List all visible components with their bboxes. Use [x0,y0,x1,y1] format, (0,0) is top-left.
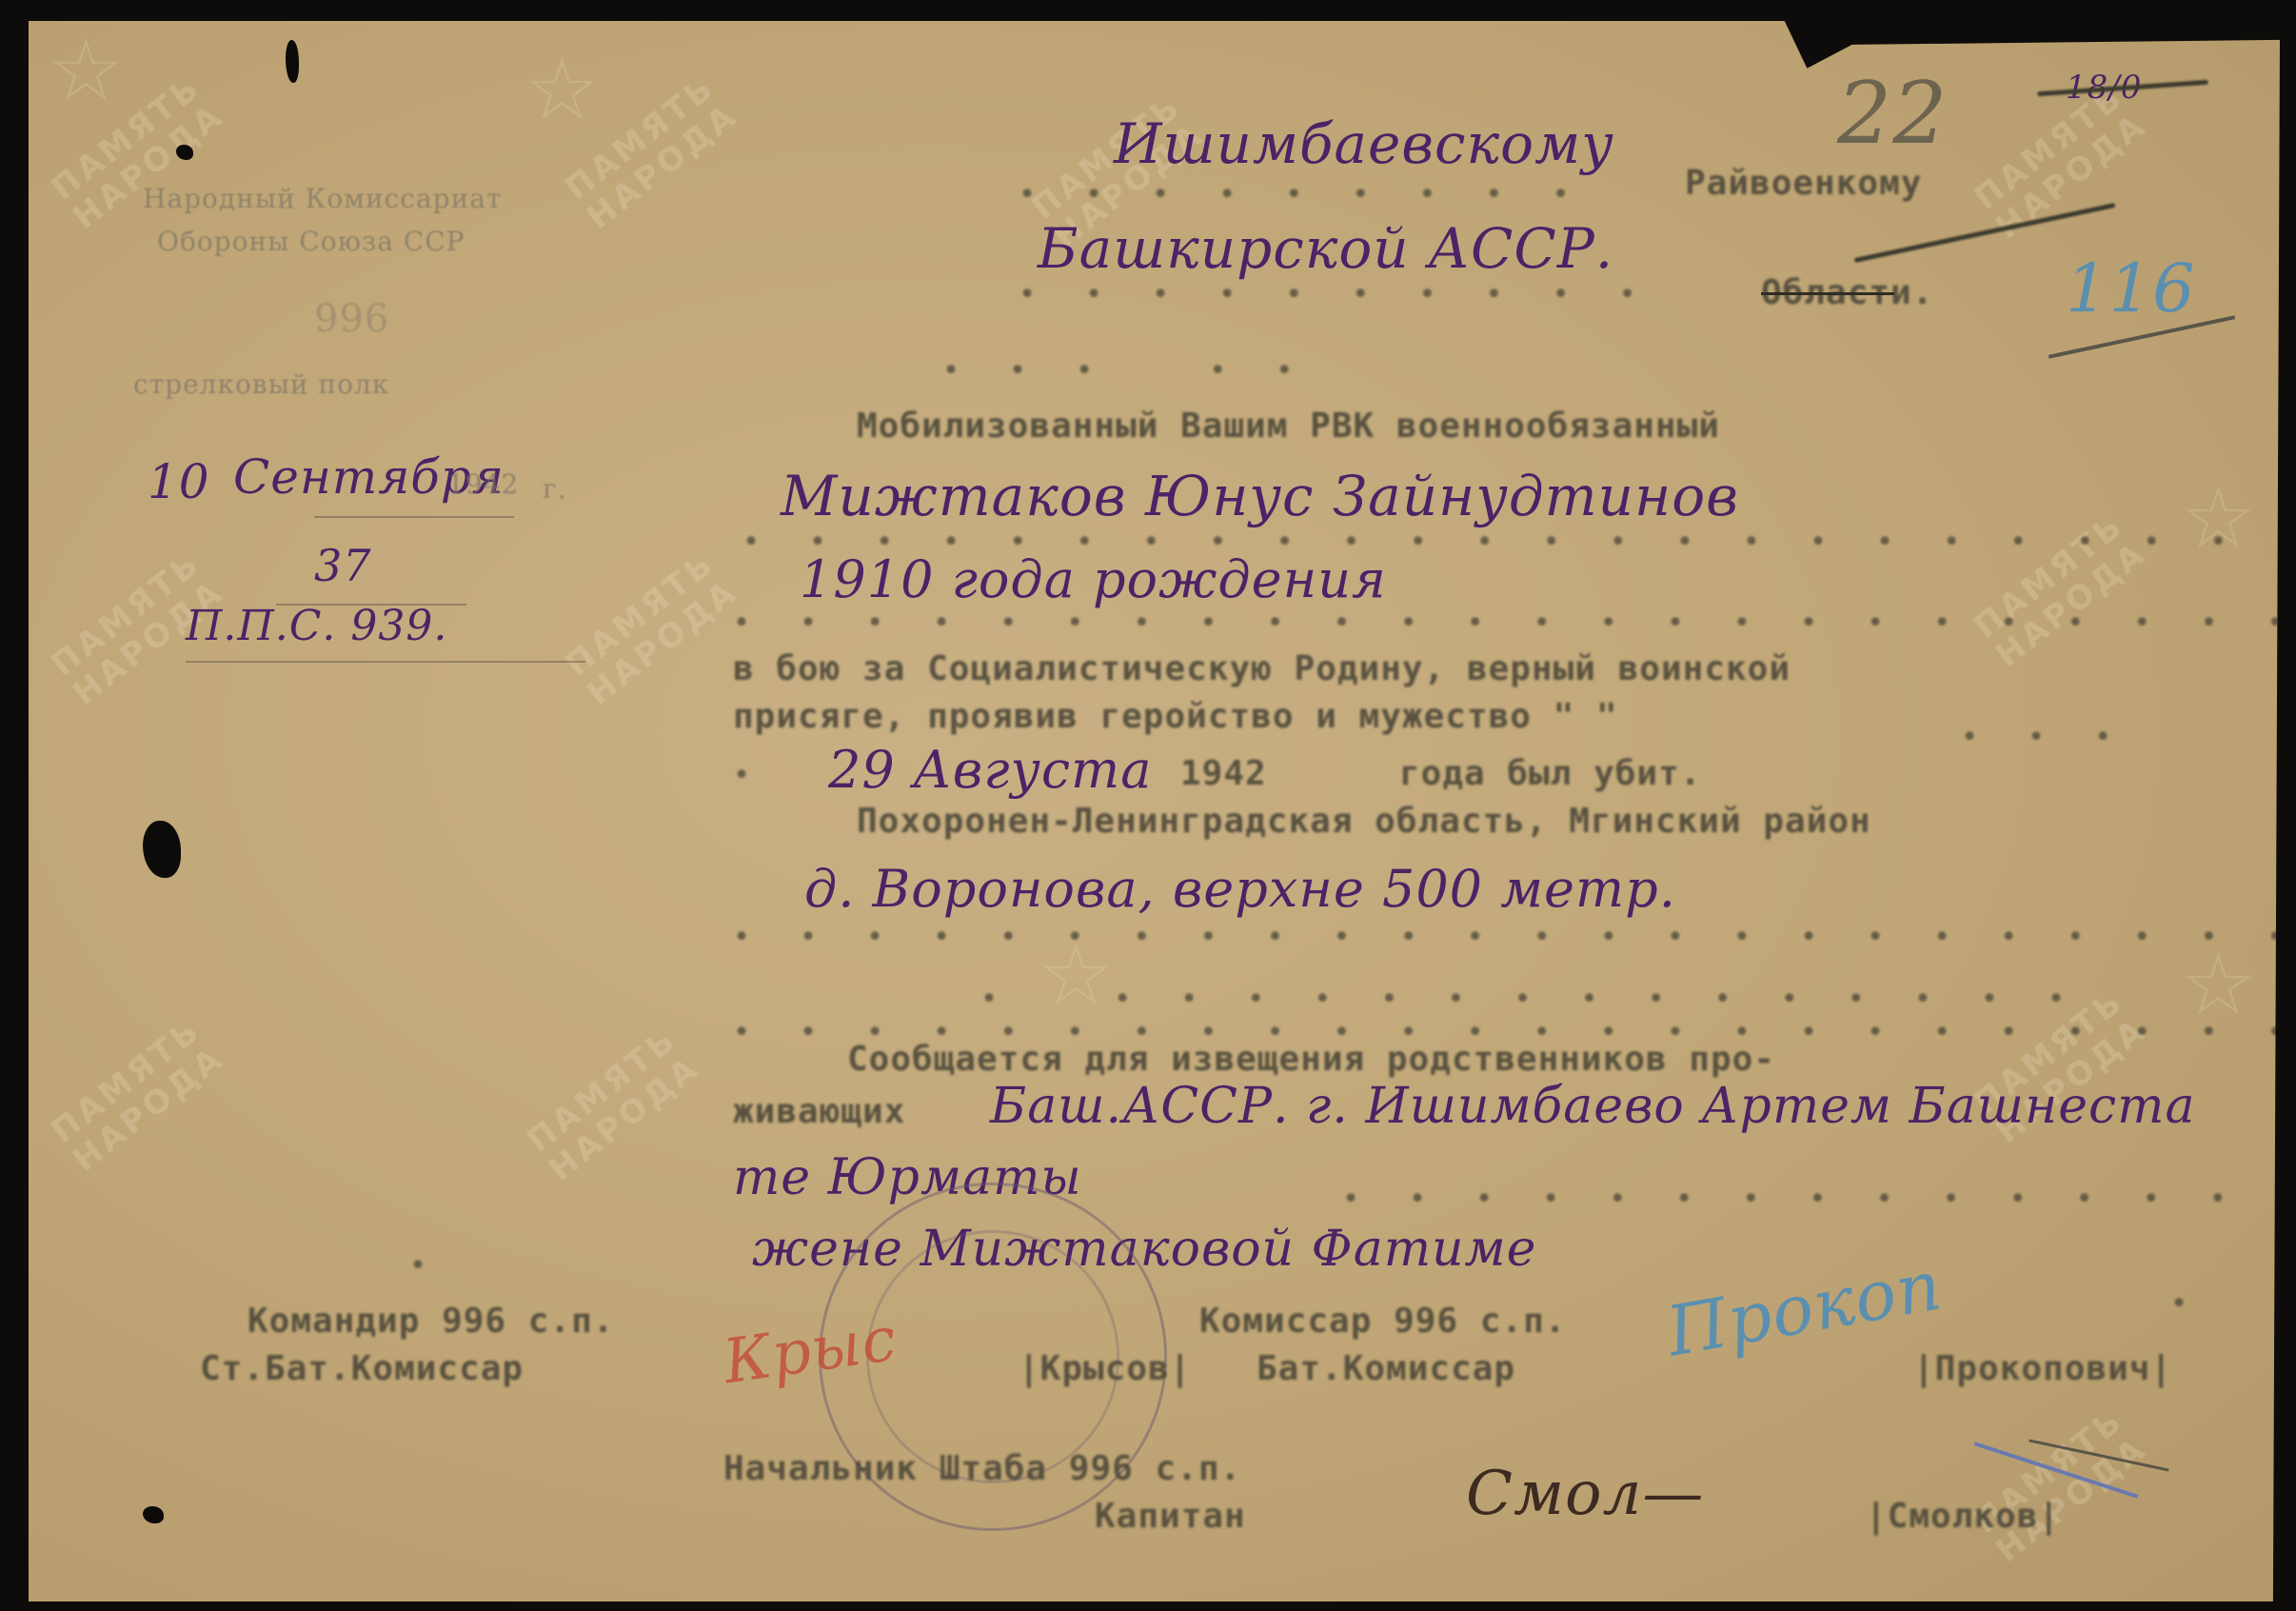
dotted-line: •••••••••••••••••••••••••• [733,607,2296,640]
death-date: 29 Августа [828,740,1152,800]
date-year-suffix: г. [543,473,567,505]
document-number: 37 [314,540,372,591]
punch-hole [176,145,193,160]
punch-hole [286,40,299,83]
blue-signature: Прокоп [1661,1244,1948,1371]
commissar-title: Комиссар 996 с.п. [1199,1302,1566,1341]
strike-region [1761,292,1894,295]
stamp-line-commissariat: Народный Комиссариат [143,183,502,214]
date-year-printed: 1942 [447,468,519,500]
star-watermark-icon: ☆ [48,21,125,121]
birth-year: 1910 года рождения [800,549,1387,609]
burial-line: Похоронен-Ленинградская область, Мгински… [857,802,1871,841]
notice-line: Сообщается для извещения родственников п… [847,1040,1775,1079]
dotted-line: • [409,1249,476,1283]
soldier-name: Мижтаков Юнус Зайнудтинов [781,464,1739,528]
commander-rank: Ст.Бат.Комиссар [200,1349,524,1388]
dotted-line: ••• •• [942,354,1342,388]
commissar-name: |Прокопович| [1913,1349,2172,1388]
watermark: ПАМЯТЬ НАРОДА [45,1011,231,1179]
chief-of-staff-rank: Капитан [1095,1497,1246,1536]
addressee-district: Ишимбаевскому [1114,111,1614,176]
pencil-number: 22 [1837,64,1949,164]
commander-title: Командир 996 с.п. [247,1302,614,1341]
dotted-line: ••• [1961,721,2161,754]
dotted-line: • [2170,1287,2237,1321]
chief-of-staff-title: Начальник Штаба 996 с.п. [723,1449,1241,1488]
punch-hole [143,1506,164,1523]
date-underline [314,516,514,518]
relative-address-1: Баш.АССР. г. Ишимбаево Артем Башнеста [990,1078,2196,1135]
dotted-line: •••••••••• [1019,278,1686,311]
field-post-underline [186,661,585,663]
dotted-line: ••••••••• [1019,178,1619,211]
death-suffix: года был убит. [1399,754,1701,793]
dotted-line: • ••••••••••••••• [980,983,2114,1016]
watermark: ПАМЯТЬ НАРОДА [1968,1402,2154,1569]
commander-name: |Крысов| [1019,1349,1191,1388]
dotted-line: • [733,759,800,792]
addressee-title: Райвоенкому [1685,164,1922,203]
watermark: ПАМЯТЬ НАРОДА [559,545,745,712]
punch-hole [143,821,181,878]
date-day: 10 [148,454,210,509]
stamp-line-ussr: Обороны Союза ССР [157,226,465,257]
addressee-region: Башкирской АССР. [1038,216,1613,281]
field-post-number: П.П.С. 939. [186,602,447,650]
chief-of-staff-name: |Смолков| [1866,1497,2060,1536]
dotted-line: •••••••••••••••••••••••••• [733,921,2296,954]
body-line-battle: в бою за Социалистическую Родину, верный… [733,649,1791,688]
body-intro: Мобилизованный Вашим РВК военнообязанный [857,407,1720,446]
dotted-line: ••••••••••••••• [1342,1183,2296,1216]
notice-line-2: живающих [733,1092,905,1131]
star-watermark-icon: ☆ [524,40,601,140]
document-paper: ☆ ПАМЯТЬ НАРОДА ПАМЯТЬ НАРОДА ПАМЯТЬ НАР… [29,21,2280,1601]
stamp-unit-number: 996 [314,297,389,341]
blue-pencil-number: 116 [2066,249,2196,328]
burial-place: д. Воронова, верхне 500 метр. [804,859,1676,919]
watermark: ПАМЯТЬ НАРОДА [521,1021,707,1188]
stamp-unit-type: стрелковый полк [133,368,389,400]
body-line-oath: присяге, проявив геройство и мужество " … [733,697,1618,736]
death-year-printed: 1942 [1180,754,1267,793]
commissar-rank: Бат.Комиссар [1257,1349,1515,1388]
chief-signature: Смол— [1466,1459,1704,1529]
